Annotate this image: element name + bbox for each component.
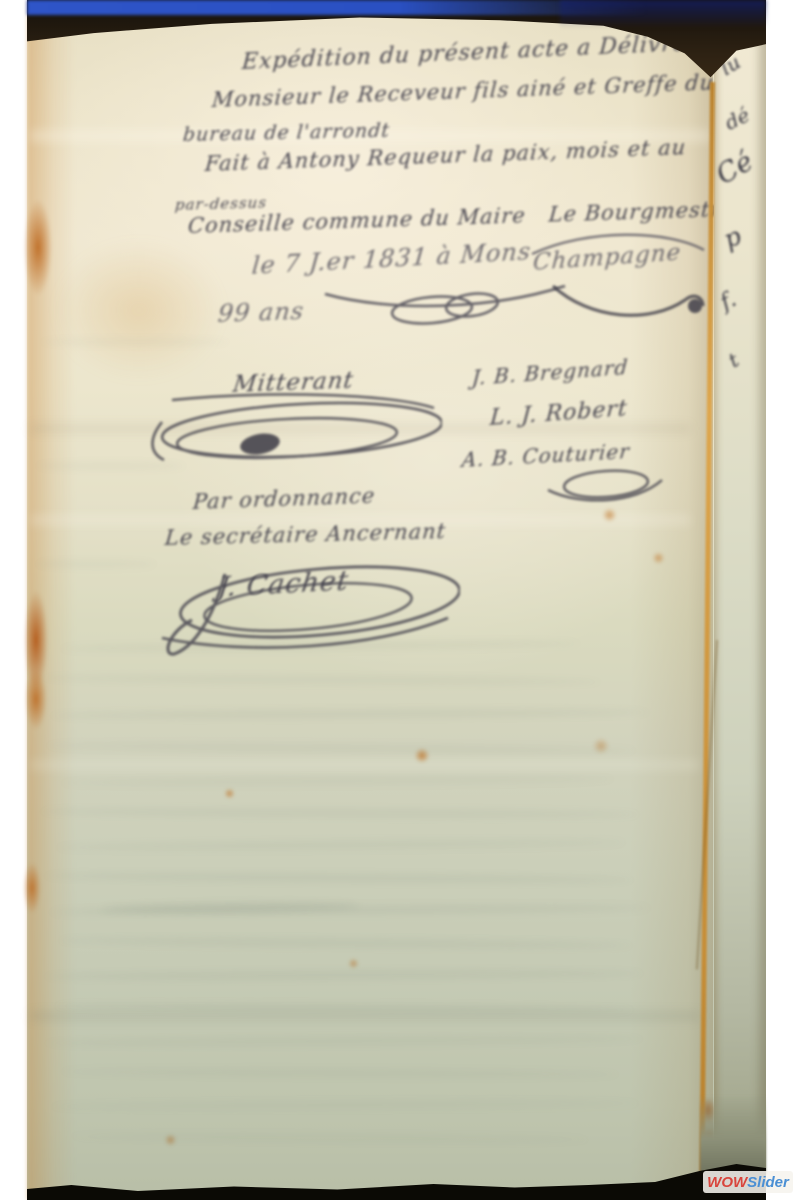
backdrop-blue-strip [27,0,647,15]
stain-spot [23,862,41,914]
watermark-wow-text: WOW [707,1174,747,1191]
stain-smudge [54,240,224,380]
date-underline-flourish-icon [320,272,570,332]
bleedthrough-line [40,338,230,346]
wowslider-watermark[interactable]: WOWSlider [703,1171,793,1193]
facing-page-edge [714,40,766,1180]
stain-spot [24,200,52,295]
upper-swash-flourish-icon [528,224,708,260]
manuscript-duration: 99 ans [217,297,306,328]
signature-right-flourish-icon [540,462,670,510]
stain-spot [224,788,235,799]
bleedthrough-line [36,560,156,568]
facing-page-bottom-shade [700,1095,766,1175]
signature-left-flourish-icon [142,382,442,482]
manuscript-line: bureau de l'arrondt [182,120,391,146]
closing-signature-flourish-icon [150,552,460,664]
champagne-tail-flourish-icon [545,272,710,334]
watermark-slider-text: Slider [747,1174,789,1191]
stain-spot [348,958,359,969]
stain-spot [652,552,665,564]
manuscript-photo-page: Expédition du présent acte a Délivrée à … [0,0,800,1200]
stain-spot [602,508,617,522]
paper-crease [30,760,700,770]
backdrop-navy-corner [560,0,766,28]
paper-crease [30,1012,700,1020]
